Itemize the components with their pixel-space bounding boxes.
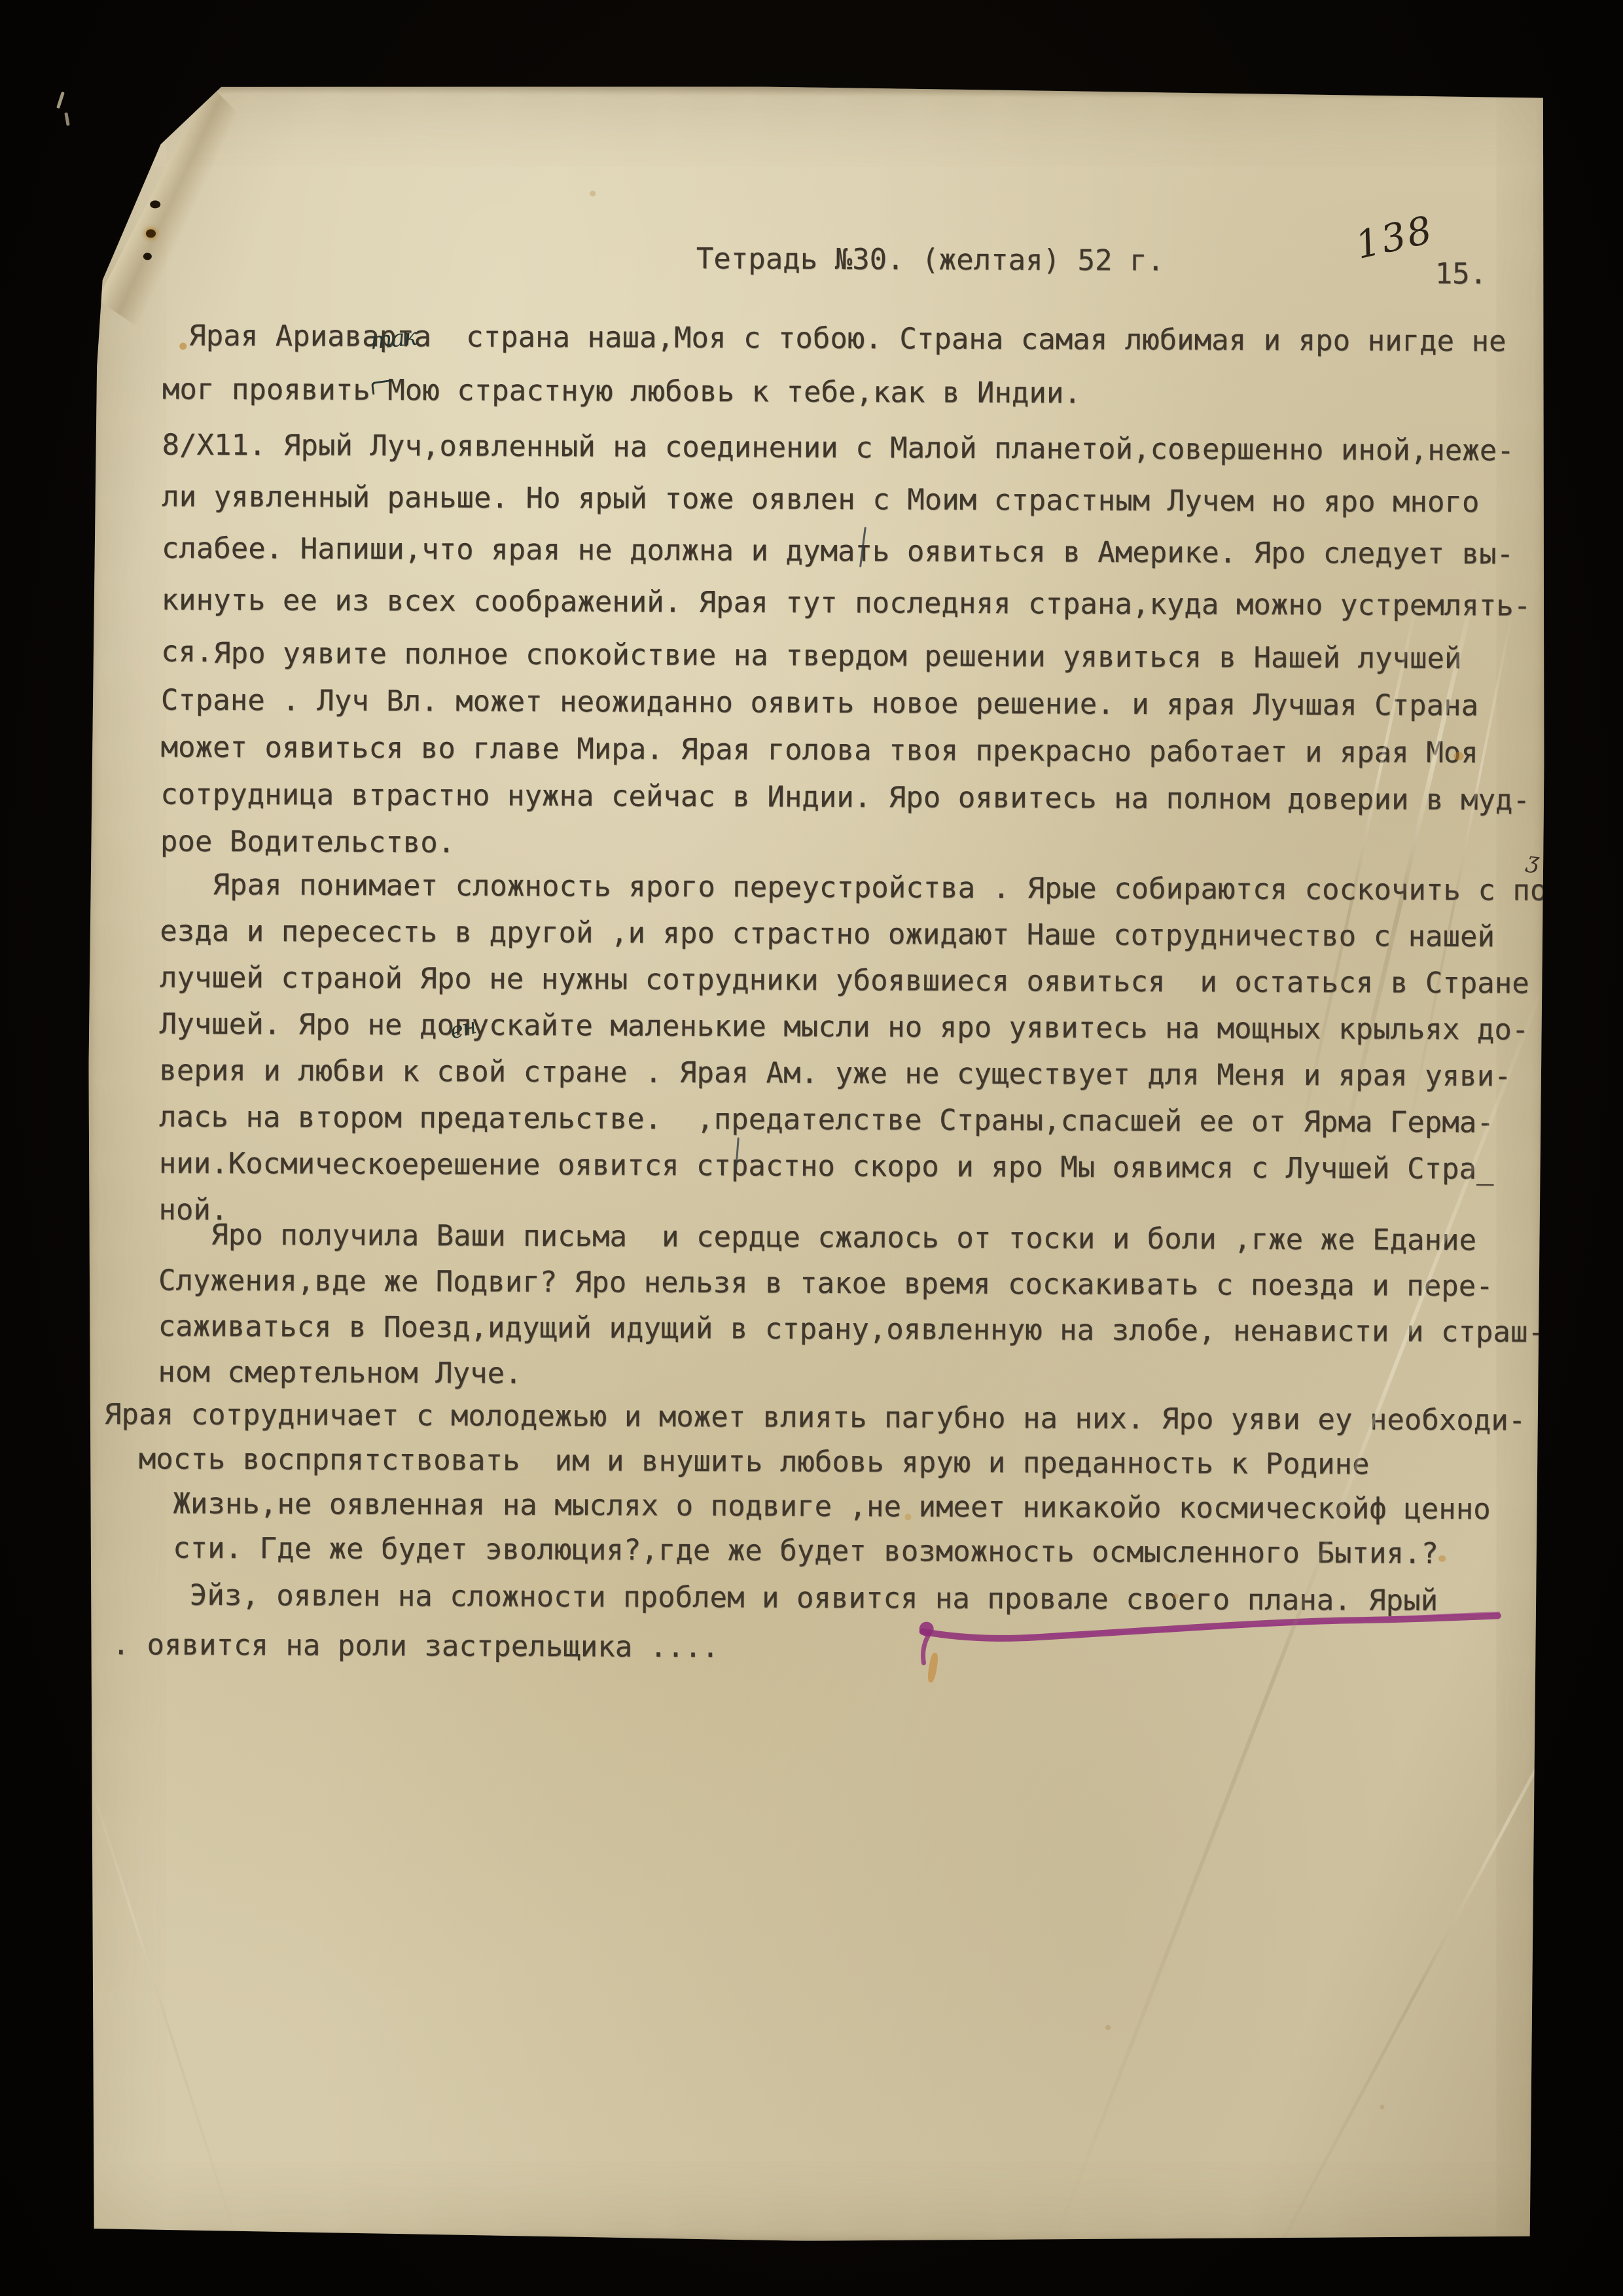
corner-hole: [146, 229, 156, 238]
folded-corner: [97, 84, 242, 327]
paper-crease: [1255, 1625, 1614, 2289]
paragraph: Ярая Ариаварта страна наша,Моя с тобою. …: [162, 309, 1609, 423]
paper-crease: [83, 1765, 245, 2264]
paper-sheet: Тетрадь №30. (желтая) 52 г. 138 15. Ярая…: [84, 84, 1547, 2244]
stain: [1105, 2025, 1111, 2030]
stain: [179, 343, 187, 350]
paragraph: Яро получила Ваши письма и сердце сжалос…: [158, 1212, 1605, 1402]
paragraph: Ярая понимает сложность ярого переустрой…: [158, 861, 1606, 1239]
paragraph: Ярая сотрудничает с молодежью и может вл…: [103, 1392, 1550, 1577]
paragraph: Яро уявите полное спокойствие на твердом…: [160, 629, 1608, 872]
page-number: 15.: [1435, 257, 1514, 291]
stain: [1380, 2105, 1385, 2110]
stain: [1438, 1555, 1446, 1562]
handwritten-insertion: так: [368, 324, 418, 355]
stain: [904, 1513, 911, 1520]
scan-background: { "document": { "type": "typewritten-man…: [0, 0, 1623, 2296]
stain: [590, 190, 596, 196]
stain: [1173, 1593, 1179, 1599]
folio-number-handwritten: 138: [1351, 207, 1438, 268]
corner-hole: [150, 200, 160, 208]
edge-ink-mark: [64, 113, 69, 126]
stain: [1454, 752, 1464, 760]
edge-ink-mark: [56, 92, 65, 109]
corner-hole: [143, 253, 152, 260]
notebook-header: Тетрадь №30. (желтая) 52 г.: [696, 242, 1351, 278]
hand-underline-annotation: [912, 1602, 1507, 1677]
